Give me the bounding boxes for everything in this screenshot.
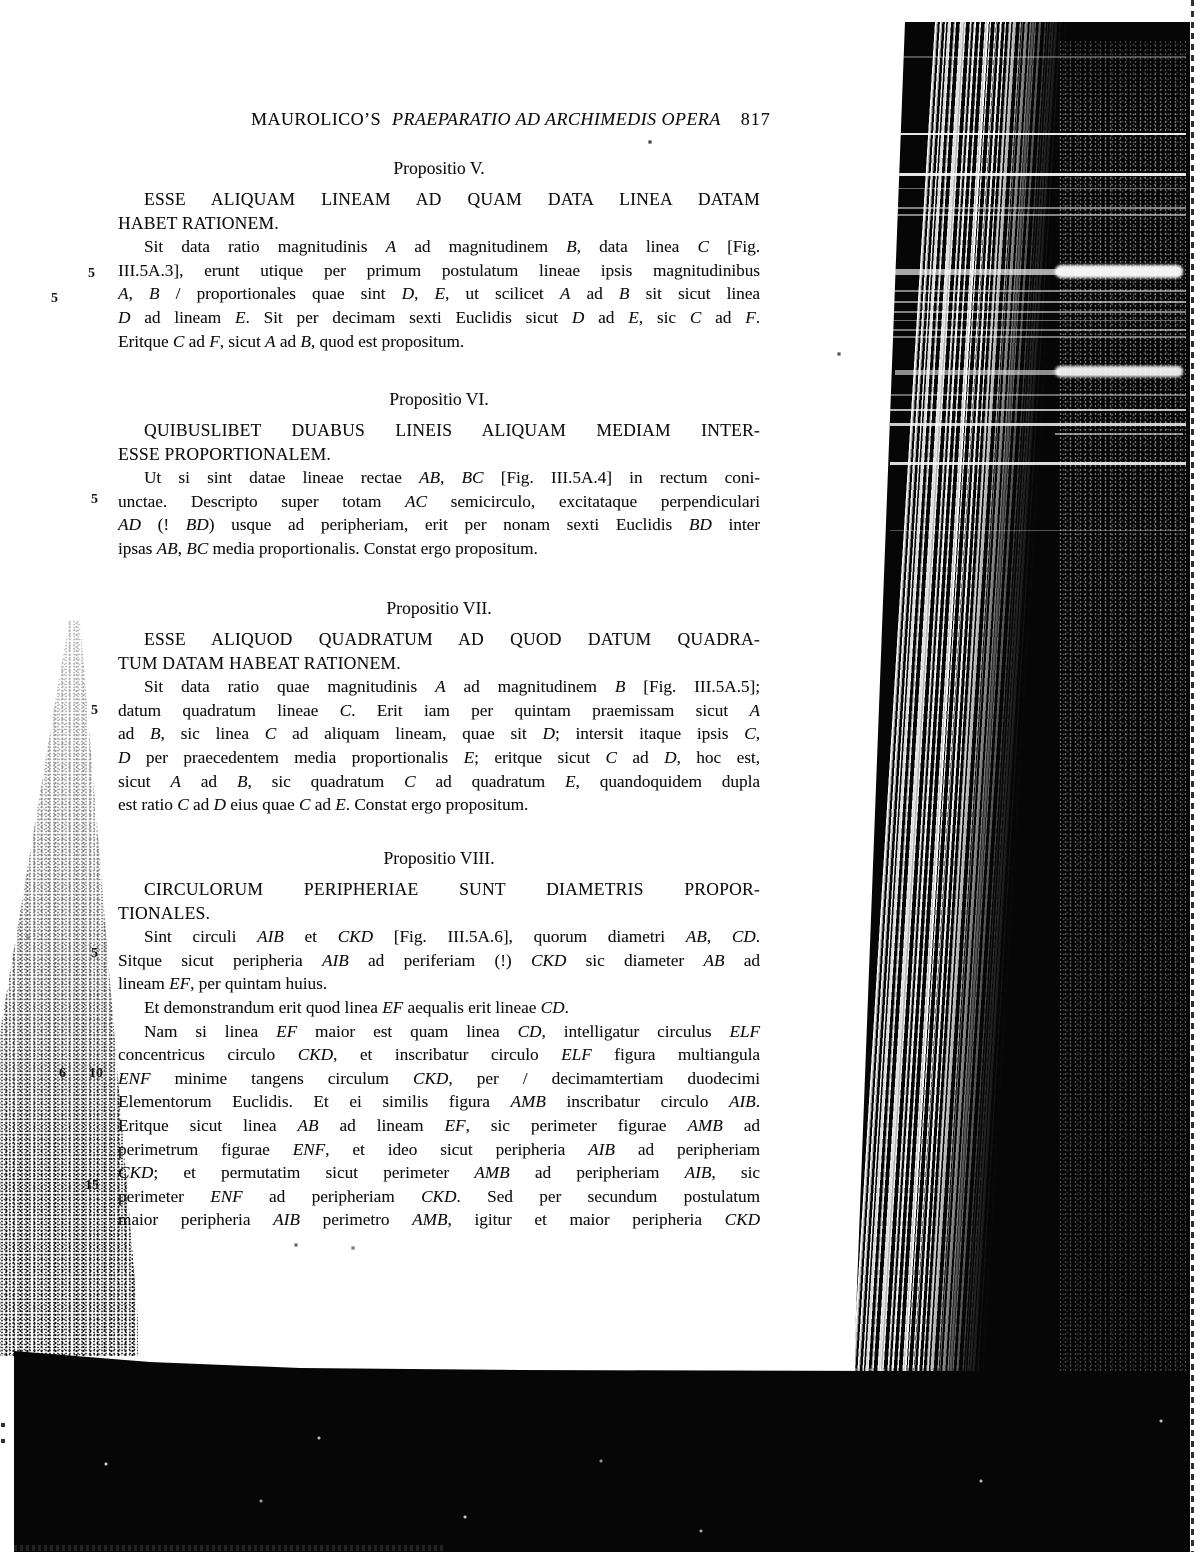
text-line: Sint circuli AIB et CKD [Fig. III.5A.6],… (118, 925, 760, 949)
math-label: C (177, 795, 188, 814)
running-head-author: MAUROLICO’S (251, 109, 381, 130)
text-line: Et demonstrandum erit quod linea EF aequ… (118, 996, 760, 1020)
scan-bottom-shadow (0, 1340, 1200, 1552)
math-label: E (565, 772, 576, 791)
math-label: D (118, 748, 130, 767)
math-label: B (150, 724, 161, 743)
text-run: , quod est propositum. (311, 332, 464, 351)
scan-streak-line (890, 462, 1186, 465)
math-label: AMB (687, 1116, 722, 1135)
proposition-section: Propositio VI.QUIBUSLIBET DUABUS LINEIS … (118, 387, 760, 561)
scan-right-edge-line (1191, 0, 1194, 1552)
text-run: / proportionales quae sint (159, 284, 401, 303)
math-label: AIB (257, 927, 284, 946)
math-label: A (750, 701, 761, 720)
math-label: D (572, 308, 584, 327)
text-run: ; intersit itaque ipsis (555, 724, 744, 743)
text-run: . (756, 1092, 760, 1111)
running-head: MAUROLICO’S PRAEPARATIO AD ARCHIMEDIS OP… (251, 109, 771, 130)
text-run: Sint circuli (144, 927, 257, 946)
math-label: AB (419, 468, 440, 487)
scan-streak-line (890, 133, 1186, 135)
text-run: ad (276, 332, 301, 351)
scan-bottom-edge-texture (14, 1545, 444, 1551)
text-run: ad (701, 308, 745, 327)
text-run: . Erit iam per quintam praemissam sicut (351, 701, 749, 720)
text-line: datum quadratum lineae C. Erit iam per q… (118, 699, 760, 723)
text-run: [Fig. III.5A.4] in rectum coni- (484, 468, 760, 487)
text-line: Eritque C ad F, sicut A ad B, quod est p… (118, 330, 760, 354)
text-line: Ut si sint datae lineae rectae AB, BC [F… (118, 466, 760, 490)
section-heading: Propositio V. (118, 156, 760, 180)
math-label: A (435, 677, 446, 696)
math-label: AMB (474, 1163, 509, 1182)
text-run: lineam (118, 974, 169, 993)
text-line: ENF minime tangens circulum CKD, per / d… (118, 1067, 760, 1091)
math-label: AD (118, 515, 141, 534)
scan-streak-line (890, 329, 1186, 331)
text-run: , (178, 539, 187, 558)
math-label: A (386, 237, 397, 256)
math-label: ELF (729, 1022, 760, 1041)
math-label: AIB (685, 1163, 712, 1182)
proposition-section: Propositio VII.ESSE ALIQUOD QUADRATUM AD… (118, 596, 760, 817)
scan-streak-line (890, 320, 1186, 321)
scan-streak-line (890, 301, 1186, 303)
text-run: perimetro (300, 1210, 412, 1229)
text-run: ad peripheriam (615, 1140, 760, 1159)
math-label: BC (186, 539, 208, 558)
text-line: Sit data ratio quae magnitudinis A ad ma… (118, 675, 760, 699)
math-label: E (464, 748, 475, 767)
book-edge-shadow (840, 0, 1200, 1552)
text-line: perimetrum figurae ENF, et ideo sicut pe… (118, 1138, 760, 1162)
text-run: ; et permutatim sicut perimeter (153, 1163, 474, 1182)
math-label: CKD (298, 1045, 333, 1064)
text-line: est ratio C ad D eius quae C ad E. Const… (118, 793, 760, 817)
text-run: ad (723, 1116, 760, 1135)
text-line: D ad lineam E. Sit per decimam sexti Euc… (118, 306, 760, 330)
text-run: concentricus circulo (118, 1045, 298, 1064)
text-run: ad (118, 724, 150, 743)
text-run: , sic (639, 308, 690, 327)
math-label: AB (297, 1116, 318, 1135)
text-line: ESSE ALIQUOD QUADRATUM AD QUOD DATUM QUA… (118, 628, 760, 652)
scan-streak-line (890, 56, 1186, 58)
text-run: , et ideo sicut peripheria (325, 1140, 588, 1159)
text-run: ad (617, 748, 664, 767)
text-line: CIRCULORUM PERIPHERIAE SUNT DIAMETRIS PR… (118, 878, 760, 902)
text-line: ESSE ALIQUAM LINEAM AD QUAM DATA LINEA D… (118, 188, 760, 212)
text-run: . Sit per decimam sexti Euclidis sicut (245, 308, 571, 327)
section-heading: Propositio VI. (118, 387, 760, 411)
math-label: CKD (118, 1163, 153, 1182)
text-run: maior est quam linea (297, 1022, 517, 1041)
text-run: [Fig. III.5A.6], quorum diametri (373, 927, 686, 946)
text-line: HABET RATIONEM. (118, 212, 760, 236)
text-run: ipsas (118, 539, 157, 558)
text-run: ESSE ALIQUOD QUADRATUM AD QUOD DATUM QUA… (144, 629, 760, 649)
text-run: per praecedentem media proportionalis (130, 748, 463, 767)
text-run: , data linea (577, 237, 698, 256)
text-run: unctae. Descripto super totam (118, 492, 405, 511)
scan-streak-line (890, 173, 1186, 176)
text-run: [Fig. III.5A.5]; (625, 677, 760, 696)
text-run: Ut si sint datae lineae rectae (144, 468, 419, 487)
math-label: D (543, 724, 555, 743)
proposition-section: Propositio V.ESSE ALIQUAM LINEAM AD QUAM… (118, 156, 760, 353)
text-run: ad peripheriam (243, 1187, 421, 1206)
text-line: lineam EF, per quintam huius. (118, 972, 760, 996)
text-line: TUM DATAM HABEAT RATIONEM. (118, 652, 760, 676)
text-run: Elementorum Euclidis. Et ei similis figu… (118, 1092, 511, 1111)
math-label: C (605, 748, 616, 767)
math-label: B (619, 284, 630, 303)
text-run: ad (184, 332, 209, 351)
scan-streak-line (1055, 433, 1183, 435)
text-line: D per praecedentem media proportionalis … (118, 746, 760, 770)
text-run: Sitque sicut peripheria (118, 951, 322, 970)
scan-streak-line (890, 394, 1186, 396)
text-run: , sic perimeter figurae (466, 1116, 688, 1135)
text-line: ad B, sic linea C ad aliquam lineam, qua… (118, 722, 760, 746)
text-line: III.5A.3], erunt utique per primum postu… (118, 259, 760, 283)
math-label: AMB (511, 1092, 546, 1111)
text-run: figura multiangula (592, 1045, 760, 1064)
text-run: , (129, 284, 149, 303)
section-heading: Propositio VII. (118, 596, 760, 620)
math-label: C (697, 237, 708, 256)
math-label: AB (686, 927, 707, 946)
math-label: B (566, 237, 577, 256)
text-run: TUM DATAM HABEAT RATIONEM. (118, 653, 401, 673)
scan-streak-line (890, 214, 1186, 216)
text-run: et (284, 927, 338, 946)
text-run: ad lineam (318, 1116, 444, 1135)
math-label: AMB (412, 1210, 447, 1229)
math-label: CKD (421, 1187, 456, 1206)
math-label: ENF (210, 1187, 242, 1206)
text-run: , sic (711, 1163, 760, 1182)
text-run: TIONALES. (118, 903, 210, 923)
text-run: maior peripheria (118, 1210, 273, 1229)
text-run: , et inscribatur circulo (333, 1045, 561, 1064)
text-run: . (756, 308, 760, 327)
math-label: ELF (561, 1045, 592, 1064)
text-line: QUIBUSLIBET DUABUS LINEIS ALIQUAM MEDIAM… (118, 419, 760, 443)
math-label: EF (169, 974, 190, 993)
math-label: C (299, 795, 310, 814)
text-run: Eritque sicut linea (118, 1116, 297, 1135)
math-label: BD (186, 515, 209, 534)
text-run: ) usque ad peripheriam, erit per nonam s… (209, 515, 689, 534)
math-label: CD (732, 927, 756, 946)
math-label: BC (462, 468, 484, 487)
text-run: , (756, 724, 760, 743)
margin-line-number: 5 (91, 946, 98, 962)
text-run: ; eritque sicut (474, 748, 605, 767)
text-line: AD (! BD) usque ad peripheriam, erit per… (118, 513, 760, 537)
math-label: B (237, 772, 248, 791)
math-label: AIB (729, 1092, 756, 1111)
text-run: ad (724, 951, 760, 970)
text-line: unctae. Descripto super totam AC semicir… (118, 490, 760, 514)
text-run: . Constat ergo propositum. (346, 795, 529, 814)
text-run: ad peripheriam (510, 1163, 685, 1182)
text-run: ad (584, 308, 628, 327)
text-run: ad (189, 795, 214, 814)
math-label: AIB (322, 951, 349, 970)
scan-streak-line (890, 290, 1186, 292)
text-line: Eritque sicut linea AB ad lineam EF, sic… (118, 1114, 760, 1138)
text-run: [Fig. (709, 237, 760, 256)
math-label: F (209, 332, 220, 351)
text-run: semicirculo, excitataque perpendiculari (427, 492, 760, 511)
math-label: AB (157, 539, 178, 558)
text-run: media proportionalis. Constat ergo propo… (208, 539, 538, 558)
text-run: sic diameter (566, 951, 703, 970)
text-run: HABET RATIONEM. (118, 213, 279, 233)
math-label: A (265, 332, 276, 351)
proposition-section: Propositio VIII.CIRCULORUM PERIPHERIAE S… (118, 846, 760, 1232)
text-run: , per quintam huius. (190, 974, 327, 993)
math-label: CD (518, 1022, 542, 1041)
text-run: ESSE ALIQUAM LINEAM AD QUAM DATA LINEA D… (144, 189, 760, 209)
text-line: Elementorum Euclidis. Et ei similis figu… (118, 1090, 760, 1114)
math-label: D (664, 748, 676, 767)
text-run: III.5A.3], erunt utique per primum postu… (118, 261, 760, 280)
text-run: , sicut (220, 332, 265, 351)
scan-streak-line (895, 269, 1060, 275)
math-label: A (560, 284, 571, 303)
text-run: est ratio (118, 795, 177, 814)
math-label: C (744, 724, 755, 743)
math-label: B (300, 332, 311, 351)
math-label: AIB (273, 1210, 300, 1229)
text-run: ad aliquam lineam, quae sit (276, 724, 542, 743)
math-label: BD (689, 515, 712, 534)
margin-line-number: 10 (89, 1066, 103, 1082)
page-edge-streaks (841, 20, 1067, 1552)
math-label: EF (445, 1116, 466, 1135)
text-line: TIONALES. (118, 902, 760, 926)
margin-line-number: 15 (85, 1178, 99, 1194)
scan-flare (1055, 265, 1183, 278)
text-run: , ut scilicet (445, 284, 560, 303)
math-label: CD (541, 998, 565, 1017)
text-line: Nam si linea EF maior est quam linea CD,… (118, 1020, 760, 1044)
margin-line-number: 5 (91, 703, 98, 719)
math-label: AB (703, 951, 724, 970)
text-run: ad periferiam (!) (349, 951, 531, 970)
math-label: CKD (413, 1069, 448, 1088)
math-label: CKD (725, 1210, 760, 1229)
text-run: , quandoquidem dupla (576, 772, 760, 791)
text-run: ad magnitudinem (446, 677, 615, 696)
text-run: ad (181, 772, 237, 791)
margin-line-number: 5 (88, 266, 95, 282)
text-run: , igitur et maior peripheria (447, 1210, 724, 1229)
math-label: AIB (588, 1140, 615, 1159)
text-run: sit sicut linea (629, 284, 760, 303)
math-label: C (404, 772, 415, 791)
scan-specks (0, 0, 2, 2)
scan-streak-line (890, 530, 1186, 531)
math-label: EF (382, 998, 403, 1017)
text-line: ipsas AB, BC media proportionalis. Const… (118, 537, 760, 561)
text-run: . Sed per secundum postulatum (456, 1187, 760, 1206)
text-line: A, B / proportionales quae sint D, E, ut… (118, 282, 760, 306)
text-run: ESSE PROPORTIONALEM. (118, 444, 331, 464)
text-run: , sic linea (161, 724, 265, 743)
text-line: Sit data ratio magnitudinis A ad magnitu… (118, 235, 760, 259)
text-line: perimeter ENF ad peripheriam CKD. Sed pe… (118, 1185, 760, 1209)
text-line: maior peripheria AIB perimetro AMB, igit… (118, 1208, 760, 1232)
text-line: CKD; et permutatim sicut perimeter AMB a… (118, 1161, 760, 1185)
math-label: A (170, 772, 181, 791)
math-label: A (118, 284, 129, 303)
text-run: (! (141, 515, 186, 534)
math-label: E (235, 308, 246, 327)
text-line: concentricus circulo CKD, et inscribatur… (118, 1043, 760, 1067)
page-number: 817 (741, 109, 771, 130)
margin-line-number: 5 (91, 492, 98, 508)
math-label: E (628, 308, 639, 327)
math-label: C (340, 701, 351, 720)
text-run: . (756, 927, 760, 946)
text-run: Nam si linea (144, 1022, 276, 1041)
text-run: Sit data ratio magnitudinis (144, 237, 386, 256)
text-run: . (565, 998, 569, 1017)
text-run: ad quadratum (416, 772, 565, 791)
text-run: ad magnitudinem (396, 237, 566, 256)
text-run: datum quadratum lineae (118, 701, 340, 720)
math-label: F (745, 308, 756, 327)
math-label: D (402, 284, 414, 303)
text-run: Eritque (118, 332, 173, 351)
text-run: CIRCULORUM PERIPHERIAE SUNT DIAMETRIS PR… (144, 879, 760, 899)
text-line: sicut A ad B, sic quadratum C ad quadrat… (118, 770, 760, 794)
text-run: ad lineam (130, 308, 235, 327)
text-line: Sitque sicut peripheria AIB ad periferia… (118, 949, 760, 973)
text-run: Et demonstrandum erit quod linea (144, 998, 382, 1017)
scan-flare (1055, 366, 1183, 377)
math-label: C (690, 308, 701, 327)
math-label: E (335, 795, 346, 814)
text-run: inscribatur circulo (546, 1092, 729, 1111)
text-run: eius quae (226, 795, 299, 814)
running-head-work-title: PRAEPARATIO AD ARCHIMEDIS OPERA (392, 109, 721, 130)
math-label: AC (405, 492, 427, 511)
text-run: , intelligatur circulus (541, 1022, 729, 1041)
text-run: inter (712, 515, 760, 534)
section-heading: Propositio VIII. (118, 846, 760, 870)
text-run: , per / decimamtertiam duodecimi (448, 1069, 760, 1088)
math-label: B (149, 284, 160, 303)
text-run: QUIBUSLIBET DUABUS LINEIS ALIQUAM MEDIAM… (144, 420, 760, 440)
text-run: , (414, 284, 434, 303)
text-run: Sit data ratio quae magnitudinis (144, 677, 435, 696)
text-run: , (707, 927, 732, 946)
math-label: D (213, 795, 225, 814)
text-run: ad (570, 284, 619, 303)
scan-streak-line (890, 409, 1186, 411)
scan-streak-line (890, 188, 1186, 189)
text-line: ESSE PROPORTIONALEM. (118, 443, 760, 467)
text-run: , sic quadratum (247, 772, 404, 791)
math-label: CKD (338, 927, 373, 946)
math-label: ENF (118, 1069, 150, 1088)
math-label: D (118, 308, 130, 327)
text-run: perimeter (118, 1187, 210, 1206)
math-label: EF (276, 1022, 297, 1041)
math-label: CKD (531, 951, 566, 970)
text-run: perimetrum figurae (118, 1140, 293, 1159)
math-label: C (265, 724, 276, 743)
scan-streak-line (890, 423, 1186, 426)
math-label: E (435, 284, 446, 303)
text-run: ad (310, 795, 335, 814)
text-run: aequalis erit lineae (403, 998, 540, 1017)
scan-streak-line (890, 336, 1186, 338)
margin-line-number: 5 (51, 291, 58, 307)
math-label: ENF (293, 1140, 325, 1159)
scan-streak-line (890, 207, 1186, 209)
text-run: sicut (118, 772, 170, 791)
text-run: , hoc est, (677, 748, 760, 767)
scan-streak-line (890, 311, 1186, 313)
margin-line-number: 6 (59, 1066, 66, 1082)
math-label: B (615, 677, 626, 696)
math-label: C (173, 332, 184, 351)
scan-streak-line (895, 370, 1060, 375)
text-run: , (440, 468, 462, 487)
text-run: minime tangens circulum (150, 1069, 413, 1088)
scanned-book-page: MAUROLICO’S PRAEPARATIO AD ARCHIMEDIS OP… (0, 0, 1200, 1552)
